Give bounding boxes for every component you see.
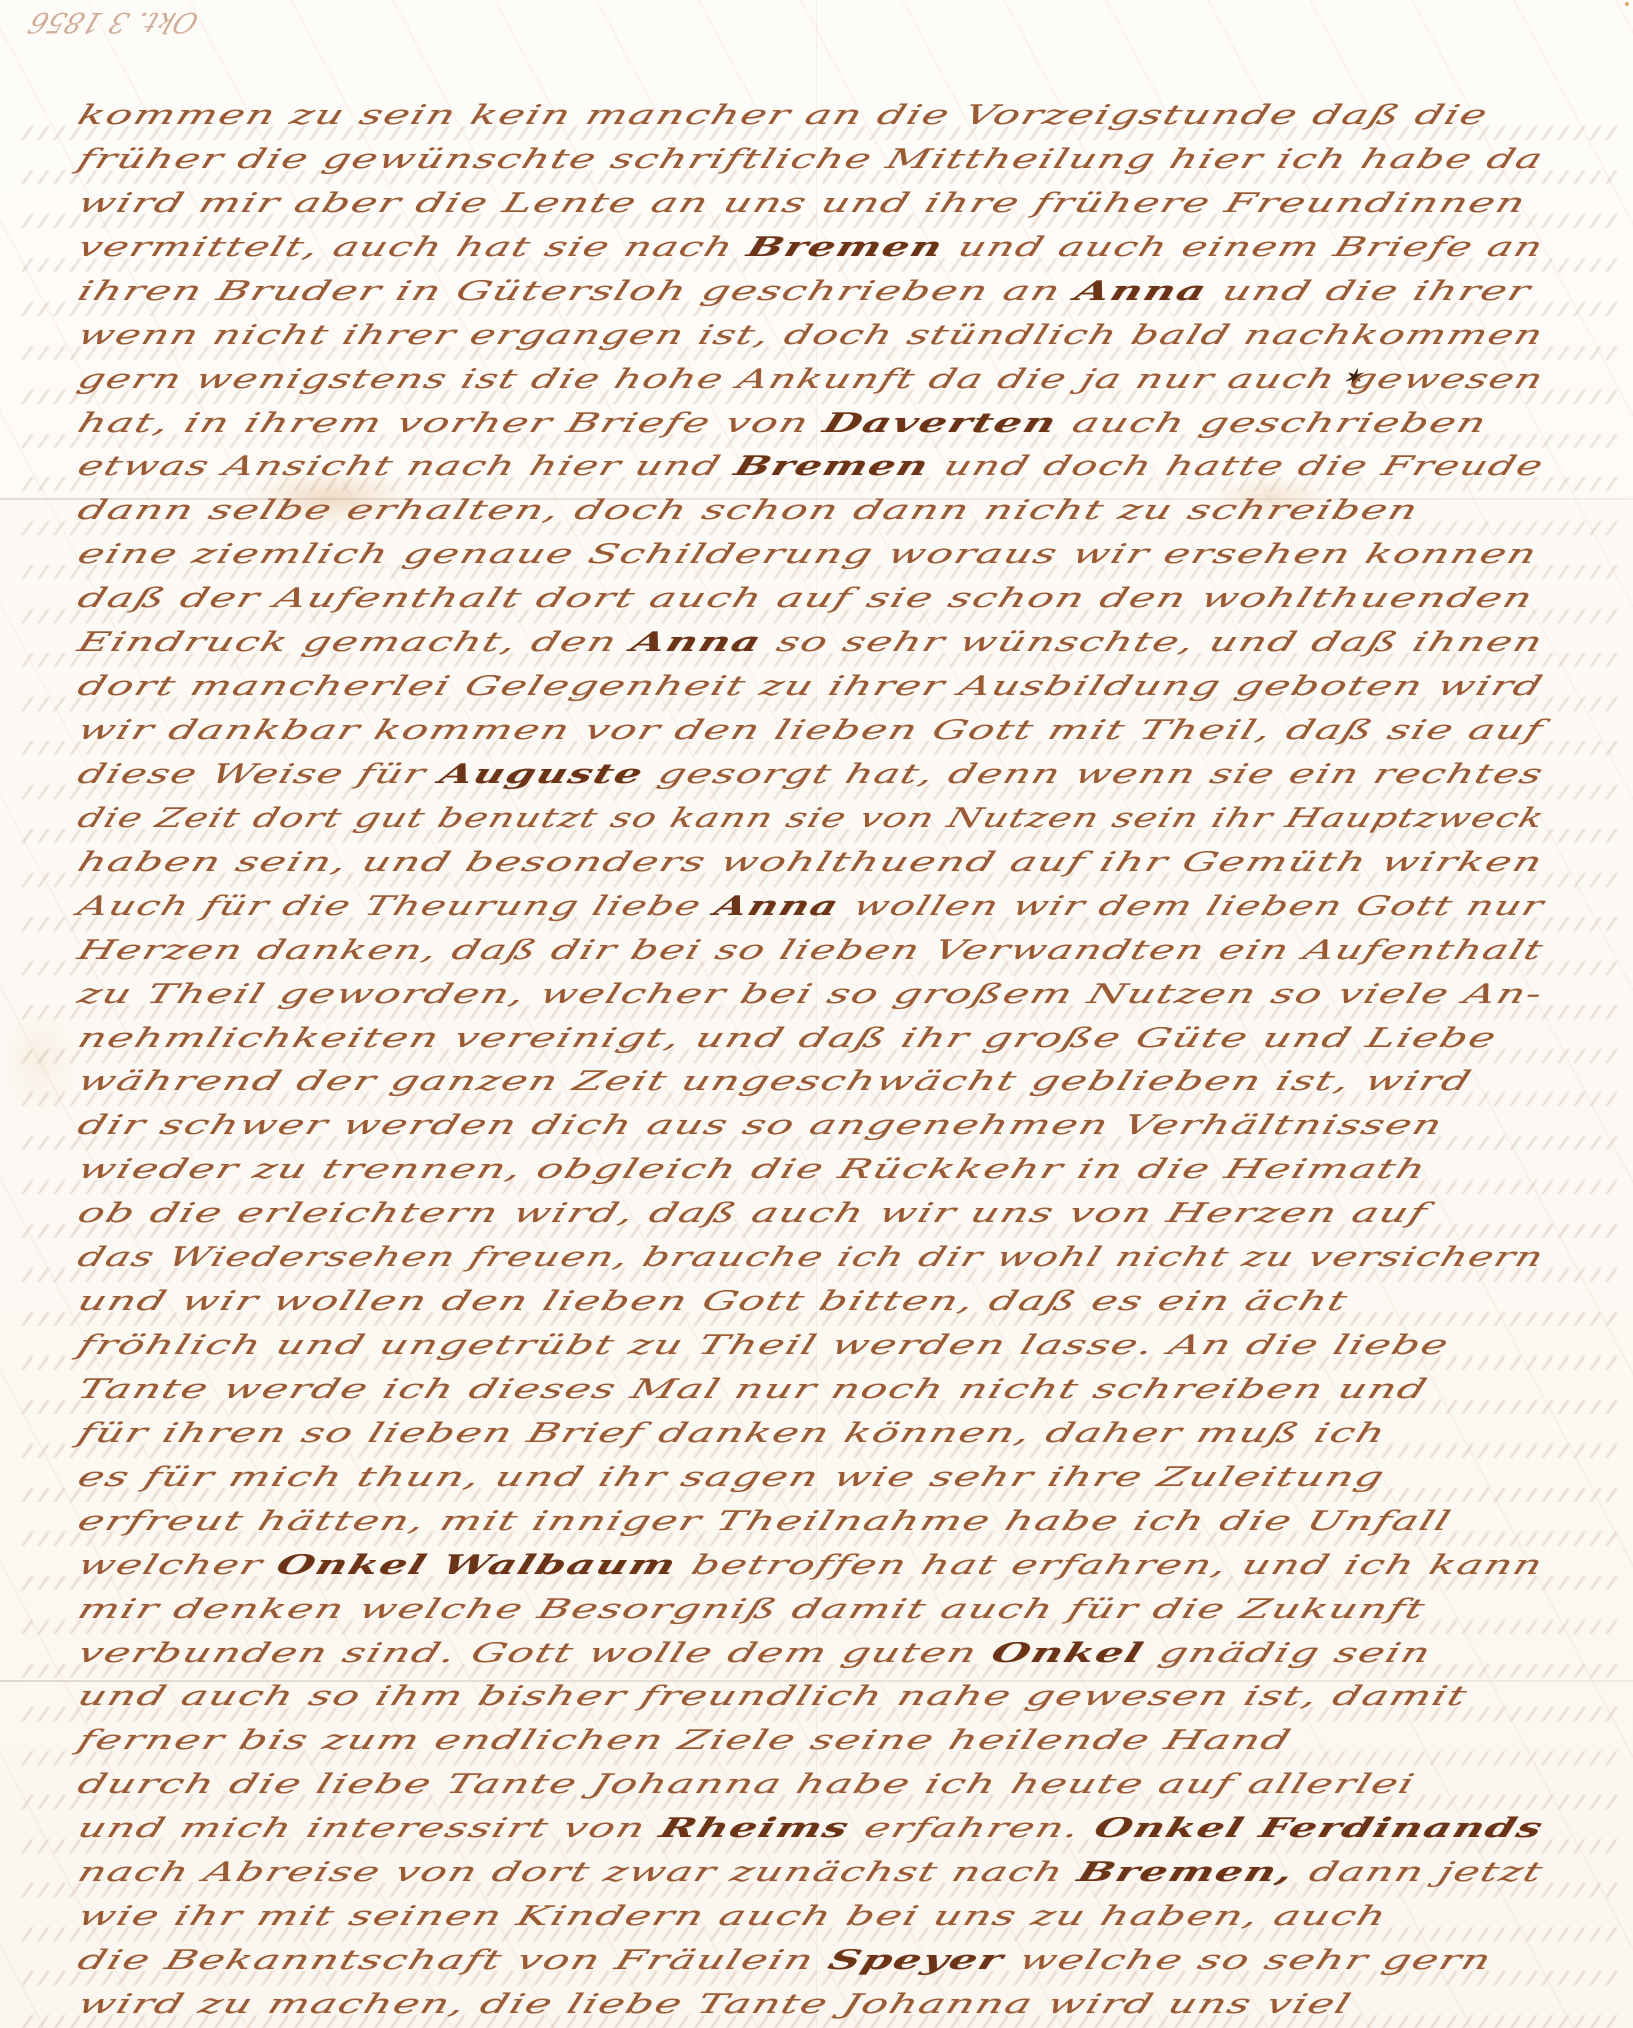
word: nach bbox=[620, 232, 753, 263]
word: hat bbox=[452, 232, 550, 263]
word: da bbox=[1482, 144, 1547, 175]
word: die bbox=[1148, 1594, 1245, 1625]
word: wünschte, bbox=[955, 627, 1215, 658]
word: aber bbox=[290, 188, 421, 219]
word: die bbox=[1215, 1506, 1312, 1537]
word: zu bbox=[756, 671, 835, 702]
word: Onkel bbox=[272, 1550, 448, 1581]
word: sie bbox=[540, 232, 629, 263]
word: sein, bbox=[231, 847, 367, 878]
word: viele bbox=[1333, 979, 1469, 1010]
word: Auguste bbox=[435, 759, 664, 790]
word: obgleich bbox=[532, 1154, 757, 1185]
word: schriftliche bbox=[606, 144, 892, 175]
word: nicht bbox=[209, 320, 349, 351]
word: von bbox=[512, 1945, 620, 1976]
word: ich bbox=[1310, 1418, 1391, 1449]
word: benutzt bbox=[434, 803, 617, 834]
word: Aufenthalt bbox=[1299, 935, 1548, 966]
word: daß bbox=[1307, 627, 1418, 658]
word: sie bbox=[862, 583, 954, 614]
word: welche bbox=[355, 1594, 544, 1625]
word: Zuleitung bbox=[1153, 1462, 1389, 1493]
word: Ausbildung bbox=[955, 671, 1241, 702]
word: ihnen bbox=[1408, 627, 1547, 658]
word: dort bbox=[532, 583, 655, 614]
word: Tante bbox=[693, 1989, 848, 2020]
handwritten-line: für ihren so lieben Brief danken können,… bbox=[0, 1414, 1633, 1460]
word: schon bbox=[698, 495, 859, 526]
word: von bbox=[1064, 1198, 1172, 1229]
word: sagen bbox=[677, 1462, 839, 1493]
word: welcher bbox=[74, 1550, 283, 1581]
word: wirken bbox=[1377, 847, 1548, 878]
word: viel bbox=[1262, 1989, 1356, 2020]
word: mir bbox=[194, 188, 300, 219]
word: Ferdinands bbox=[1255, 1813, 1548, 1844]
word: sehr bbox=[838, 627, 965, 658]
word: Zeit bbox=[152, 803, 259, 834]
word: die bbox=[1242, 1330, 1339, 1361]
word: ich bbox=[1129, 1506, 1225, 1537]
word: an bbox=[801, 100, 883, 131]
handwritten-line: ferner bis zum endlichen Ziele seine hei… bbox=[0, 1721, 1633, 1767]
word: sind. bbox=[338, 1638, 477, 1669]
word: wird, bbox=[509, 1198, 655, 1229]
handwritten-line: fröhlich und ungetrübt zu Theil werden l… bbox=[0, 1326, 1633, 1372]
word: und bbox=[74, 1813, 186, 1844]
word: uns bbox=[966, 1198, 1074, 1229]
handwritten-line: Herzen danken, daß dir bei so lieben Ver… bbox=[0, 931, 1633, 977]
word: Ansicht bbox=[219, 451, 413, 482]
word: trennen, bbox=[318, 1154, 543, 1185]
handwritten-line: welcher Onkel Walbaum betroffen hat erfa… bbox=[0, 1546, 1633, 1592]
word: zunächst bbox=[726, 1857, 957, 1888]
word: Briefe bbox=[562, 408, 730, 439]
word: gewesen bbox=[1022, 1681, 1250, 1712]
word: auch bbox=[936, 1594, 1073, 1625]
word: von bbox=[855, 803, 953, 834]
word: damit bbox=[788, 1594, 947, 1625]
word: daß bbox=[74, 583, 186, 614]
handwritten-line: gern wenigstens ist die hohe Ankunft da … bbox=[0, 360, 1633, 406]
word: wenn bbox=[74, 320, 219, 351]
handwritten-line: wie ihr mit seinen Kindern auch bei uns … bbox=[0, 1897, 1633, 1943]
word: sie bbox=[782, 803, 865, 834]
word: hat, bbox=[841, 759, 954, 790]
word: daß bbox=[1308, 100, 1420, 131]
handwritten-line: dann selbe erhalten, doch schon dann nic… bbox=[0, 491, 1633, 537]
word: denken bbox=[169, 1594, 365, 1625]
word: so bbox=[1267, 979, 1344, 1010]
word: schreiben bbox=[1089, 1374, 1344, 1405]
word: liebe bbox=[588, 891, 720, 922]
handwritten-line: ob die erleichtern wird, daß auch wir un… bbox=[0, 1194, 1633, 1240]
word: Gott bbox=[467, 1638, 594, 1669]
word: von bbox=[721, 408, 829, 439]
word: Gelegenheit bbox=[461, 671, 766, 702]
handwritten-line: früher die gewünschte schriftliche Mitth… bbox=[0, 140, 1633, 186]
word: ziemlich bbox=[188, 539, 409, 570]
word: wird bbox=[1043, 1989, 1174, 2020]
word: nach bbox=[948, 1857, 1084, 1888]
word: dort bbox=[249, 803, 361, 834]
word: an bbox=[1483, 232, 1548, 263]
handwritten-line: zu Theil geworden, welcher bei so großem… bbox=[0, 975, 1633, 1021]
word: allerlei bbox=[1244, 1769, 1420, 1800]
handwritten-line: und mich interessirt von Rheims erfahren… bbox=[0, 1809, 1633, 1855]
word: Gemüth bbox=[1178, 847, 1387, 878]
ink-speck bbox=[1625, 2, 1629, 6]
handwritten-line: ihren Bruder in Gütersloh geschrieben an… bbox=[0, 272, 1633, 318]
word: von bbox=[390, 1857, 497, 1888]
word: mich bbox=[224, 1462, 363, 1493]
word: den bbox=[438, 1286, 549, 1317]
word: wird bbox=[74, 188, 205, 219]
word: erleichtern bbox=[233, 1198, 519, 1229]
word: ganzen bbox=[386, 1066, 578, 1097]
word: besonders bbox=[461, 847, 726, 878]
word: bei bbox=[842, 1901, 939, 1932]
word: ihr bbox=[1096, 847, 1188, 878]
word: geboten bbox=[1231, 671, 1443, 702]
word: den bbox=[1095, 583, 1206, 614]
word: die bbox=[1322, 276, 1419, 307]
word: gesorgt bbox=[654, 759, 851, 790]
word: die bbox=[1133, 1154, 1230, 1185]
word: wir bbox=[1068, 539, 1170, 570]
word: jetzt bbox=[1434, 1857, 1547, 1888]
word: und bbox=[817, 188, 931, 219]
word: selbe bbox=[204, 495, 352, 526]
word: in bbox=[180, 408, 250, 439]
word: ihr bbox=[897, 1023, 989, 1054]
word: Bremen bbox=[743, 232, 964, 263]
word: noch bbox=[827, 1374, 965, 1405]
word: ein bbox=[1214, 935, 1309, 966]
word: der bbox=[176, 583, 280, 614]
word: lieben bbox=[364, 1418, 533, 1449]
word: ihrer bbox=[1409, 276, 1536, 307]
word: muß bbox=[1192, 1418, 1320, 1449]
word: danken bbox=[654, 1418, 850, 1449]
word: Zeit bbox=[569, 1066, 688, 1097]
handwritten-line: dir schwer werden dich aus so angenehmen… bbox=[0, 1106, 1633, 1152]
word: welche bbox=[1015, 1945, 1204, 1976]
word: Ankunft bbox=[733, 364, 935, 395]
word: schwer bbox=[156, 1110, 348, 1141]
word: ich bbox=[379, 1374, 475, 1405]
word: Unfall bbox=[1302, 1506, 1455, 1537]
handwritten-line: daß der Aufenthalt dort auch auf sie sch… bbox=[0, 579, 1633, 625]
word: die bbox=[873, 100, 970, 131]
word: vor bbox=[580, 715, 680, 746]
word: wir bbox=[177, 1286, 279, 1317]
word: großem bbox=[889, 979, 1093, 1010]
word: damit bbox=[1328, 1681, 1472, 1712]
word: früher bbox=[74, 144, 244, 175]
word: während bbox=[74, 1066, 303, 1097]
handwritten-line: haben sein, und besonders wohlthuend auf… bbox=[0, 843, 1633, 889]
word: ihren bbox=[74, 276, 223, 307]
word: Schilderung bbox=[584, 539, 893, 570]
word: woraus bbox=[883, 539, 1077, 570]
word: ein bbox=[1153, 1286, 1250, 1317]
word: und bbox=[74, 1681, 188, 1712]
word: gemacht, bbox=[299, 627, 537, 658]
word: machen, bbox=[264, 1989, 486, 2020]
word: zu bbox=[286, 100, 365, 131]
word: gern bbox=[1378, 1945, 1496, 1976]
word: Johanna bbox=[587, 1769, 802, 1800]
handwritten-line: das Wiedersehen freuen, brauche ich dir … bbox=[0, 1238, 1633, 1284]
word: ihr bbox=[594, 1462, 686, 1493]
word: diese bbox=[74, 759, 218, 790]
word: Theurung bbox=[360, 891, 598, 922]
handwritten-line: Eindruck gemacht, den Anna so sehr wünsc… bbox=[0, 623, 1633, 669]
word: so bbox=[738, 1110, 815, 1141]
word: liebe bbox=[1329, 1330, 1453, 1361]
word: auch bbox=[177, 1681, 314, 1712]
letter-page: Okt. 3 1856 ✶ kommen zu sein kein manche… bbox=[0, 0, 1633, 2028]
word: nicht bbox=[980, 495, 1124, 526]
word: Brief bbox=[523, 1418, 664, 1449]
word: zum bbox=[319, 1725, 441, 1756]
word: auch bbox=[747, 1198, 884, 1229]
word: genaue bbox=[399, 539, 594, 570]
word: dankbar bbox=[164, 715, 380, 746]
word: mich bbox=[176, 1813, 313, 1844]
word: freundlich bbox=[636, 1681, 903, 1712]
word: die bbox=[1411, 100, 1493, 131]
handwritten-line: vermittelt, auch hat sie nach Bremen und… bbox=[0, 228, 1633, 274]
word: auch bbox=[1054, 232, 1187, 263]
word: wohlthuend bbox=[716, 847, 1016, 878]
word: freuen, bbox=[465, 1242, 649, 1273]
word: von bbox=[559, 1813, 666, 1844]
word: Ziele bbox=[674, 1725, 816, 1756]
word: gewünschte bbox=[319, 144, 617, 175]
word: ob bbox=[74, 1198, 156, 1229]
word: inniger bbox=[528, 1506, 722, 1537]
word: Nutzen bbox=[1083, 979, 1277, 1010]
word: die bbox=[146, 1198, 243, 1229]
word: kein bbox=[466, 100, 591, 131]
word: lieben bbox=[1202, 891, 1362, 922]
word: ächt bbox=[1241, 1286, 1353, 1317]
word: und bbox=[358, 847, 471, 878]
word: dich bbox=[527, 1110, 652, 1141]
word: ihrem bbox=[240, 408, 402, 439]
handwritten-line: dort mancherlei Gelegenheit zu ihrer Aus… bbox=[0, 667, 1633, 713]
word: nachkommen bbox=[1240, 320, 1548, 351]
word: und bbox=[1205, 627, 1317, 658]
word: kann bbox=[1425, 1550, 1548, 1581]
word: ich bbox=[1273, 144, 1367, 175]
handwritten-line: durch die liebe Tante Johanna habe ich h… bbox=[0, 1765, 1633, 1811]
word: versichern bbox=[1303, 1242, 1548, 1273]
word: die bbox=[225, 1769, 322, 1800]
word: es bbox=[74, 1462, 150, 1493]
word: mit bbox=[252, 1901, 354, 1932]
word: erfahren, bbox=[1007, 1550, 1248, 1581]
word: ich bbox=[1340, 1550, 1435, 1581]
word: kann bbox=[666, 803, 792, 834]
word: und bbox=[491, 1462, 605, 1493]
word: dem bbox=[1094, 891, 1212, 922]
word: ihre bbox=[1044, 1462, 1164, 1493]
word: wohl bbox=[992, 1242, 1121, 1273]
word: sie bbox=[1383, 715, 1474, 746]
word: und bbox=[631, 451, 741, 482]
word: erfahren. bbox=[860, 1813, 1100, 1844]
word: mancher bbox=[581, 100, 810, 131]
word: es bbox=[1087, 1286, 1163, 1317]
word: ist bbox=[457, 364, 537, 395]
word: ein bbox=[1285, 759, 1380, 790]
word: Briefe bbox=[1330, 232, 1493, 263]
word: ich bbox=[921, 1769, 1017, 1800]
word: daß bbox=[985, 1286, 1097, 1317]
word: Johanna bbox=[838, 1989, 1053, 2020]
word: wohlthuenden bbox=[1197, 583, 1538, 614]
word: dir bbox=[914, 1242, 1002, 1273]
word: fröhlich bbox=[74, 1330, 282, 1361]
word: daher bbox=[1041, 1418, 1202, 1449]
word: ist, bbox=[694, 320, 790, 351]
word: sein bbox=[1330, 1638, 1436, 1669]
word: Onkel bbox=[987, 1638, 1165, 1669]
word: Fräulein bbox=[611, 1945, 834, 1976]
word: An- bbox=[1459, 979, 1547, 1010]
word: betroffen bbox=[687, 1550, 927, 1581]
word: schon bbox=[944, 583, 1105, 614]
word: können, bbox=[840, 1418, 1052, 1449]
word: wenn bbox=[1070, 759, 1215, 790]
word: Gott bbox=[698, 1286, 825, 1317]
word: wie bbox=[829, 1462, 936, 1493]
word: auf bbox=[1348, 1198, 1432, 1229]
word: geblieben bbox=[1027, 1066, 1282, 1097]
word: dann bbox=[849, 495, 990, 526]
word: einem bbox=[1177, 232, 1339, 263]
word: mit bbox=[436, 1506, 538, 1537]
word: nehmlichkeiten bbox=[74, 1023, 460, 1054]
word: zu bbox=[1114, 495, 1193, 526]
word: Herzen bbox=[1163, 1198, 1358, 1229]
word: Tante bbox=[74, 1374, 229, 1405]
word: das bbox=[74, 1242, 174, 1273]
word: Freundinnen bbox=[1221, 188, 1531, 219]
word: die bbox=[476, 1989, 573, 2020]
word: angenehmen bbox=[805, 1110, 1129, 1141]
word: Bremen, bbox=[1073, 1857, 1315, 1888]
word: Aufenthalt bbox=[270, 583, 542, 614]
word: wir bbox=[1008, 891, 1104, 922]
word: doch bbox=[1039, 451, 1172, 482]
word: kommen bbox=[370, 715, 590, 746]
word: die bbox=[278, 891, 370, 922]
handwritten-line: erfreut hätten, mit inniger Theilnahme h… bbox=[0, 1502, 1633, 1548]
word: geschrieben bbox=[1195, 408, 1491, 439]
word: Anna bbox=[1071, 276, 1228, 307]
word: gnädig bbox=[1155, 1638, 1340, 1669]
word: wenigstens bbox=[191, 364, 467, 395]
word: bitten, bbox=[815, 1286, 995, 1317]
word: an bbox=[999, 276, 1081, 307]
word: auch bbox=[329, 232, 462, 263]
word: dann bbox=[1305, 1857, 1444, 1888]
word: so bbox=[304, 1681, 381, 1712]
word: liebe bbox=[563, 1989, 703, 2020]
word: ihm bbox=[371, 1681, 484, 1712]
word: Bekanntschaft bbox=[161, 1945, 523, 1976]
word: bei bbox=[736, 979, 833, 1010]
word: haben, bbox=[1096, 1901, 1279, 1932]
word: für bbox=[140, 1462, 235, 1493]
word: seinen bbox=[345, 1901, 523, 1932]
word: ferner bbox=[74, 1725, 245, 1756]
word: rechtes bbox=[1369, 759, 1548, 790]
word: welcher bbox=[536, 979, 746, 1010]
word: der bbox=[292, 1066, 396, 1097]
word: zu bbox=[1027, 1901, 1106, 1932]
word: Mal bbox=[626, 1374, 740, 1405]
word: die bbox=[74, 1945, 171, 1976]
word: zu bbox=[1238, 1242, 1313, 1273]
handwritten-line: und wir wollen den lieben Gott bitten, d… bbox=[0, 1282, 1633, 1328]
word: Abreise bbox=[199, 1857, 400, 1888]
word: daß bbox=[448, 935, 557, 966]
word: und bbox=[940, 451, 1050, 482]
word: nahe bbox=[893, 1681, 1032, 1712]
word: Rückkehr bbox=[834, 1154, 1083, 1185]
word: sein bbox=[355, 100, 476, 131]
handwritten-line: etwas Ansicht nach hier und Bremen und d… bbox=[0, 447, 1633, 493]
word: auch bbox=[1068, 408, 1205, 439]
word: Bremen bbox=[730, 451, 949, 482]
word: Rheims bbox=[655, 1813, 870, 1844]
word: hohe bbox=[610, 364, 743, 395]
word: erhalten, bbox=[342, 495, 580, 526]
word: nach bbox=[403, 451, 536, 482]
handwritten-line: wird zu machen, die liebe Tante Johanna … bbox=[0, 1985, 1633, 2028]
word: dort bbox=[488, 1857, 610, 1888]
word: so bbox=[823, 979, 900, 1010]
word: Gott bbox=[928, 715, 1054, 746]
date-note-upside-down: Okt. 3 1856 bbox=[24, 6, 203, 39]
word: auf bbox=[773, 583, 873, 614]
word: lasse. bbox=[1016, 1330, 1174, 1361]
word: dieses bbox=[465, 1374, 637, 1405]
word: frühere bbox=[1030, 188, 1231, 219]
word: Lente bbox=[499, 188, 657, 219]
handwritten-line: eine ziemlich genaue Schilderung woraus … bbox=[0, 535, 1633, 581]
word: werde bbox=[219, 1374, 389, 1405]
word: doch bbox=[780, 320, 913, 351]
word: verbunden bbox=[74, 1638, 349, 1669]
word: ungeschwächt bbox=[677, 1066, 1037, 1097]
word: da bbox=[925, 364, 1004, 395]
word: nicht bbox=[954, 1374, 1098, 1405]
word: Eindruck bbox=[74, 627, 309, 658]
word: die bbox=[411, 188, 508, 219]
word: sehr bbox=[926, 1462, 1054, 1493]
word: gewesen bbox=[1345, 364, 1548, 395]
word: werden bbox=[338, 1110, 537, 1141]
word: auch bbox=[715, 1901, 852, 1932]
word: auch bbox=[1270, 1901, 1392, 1932]
